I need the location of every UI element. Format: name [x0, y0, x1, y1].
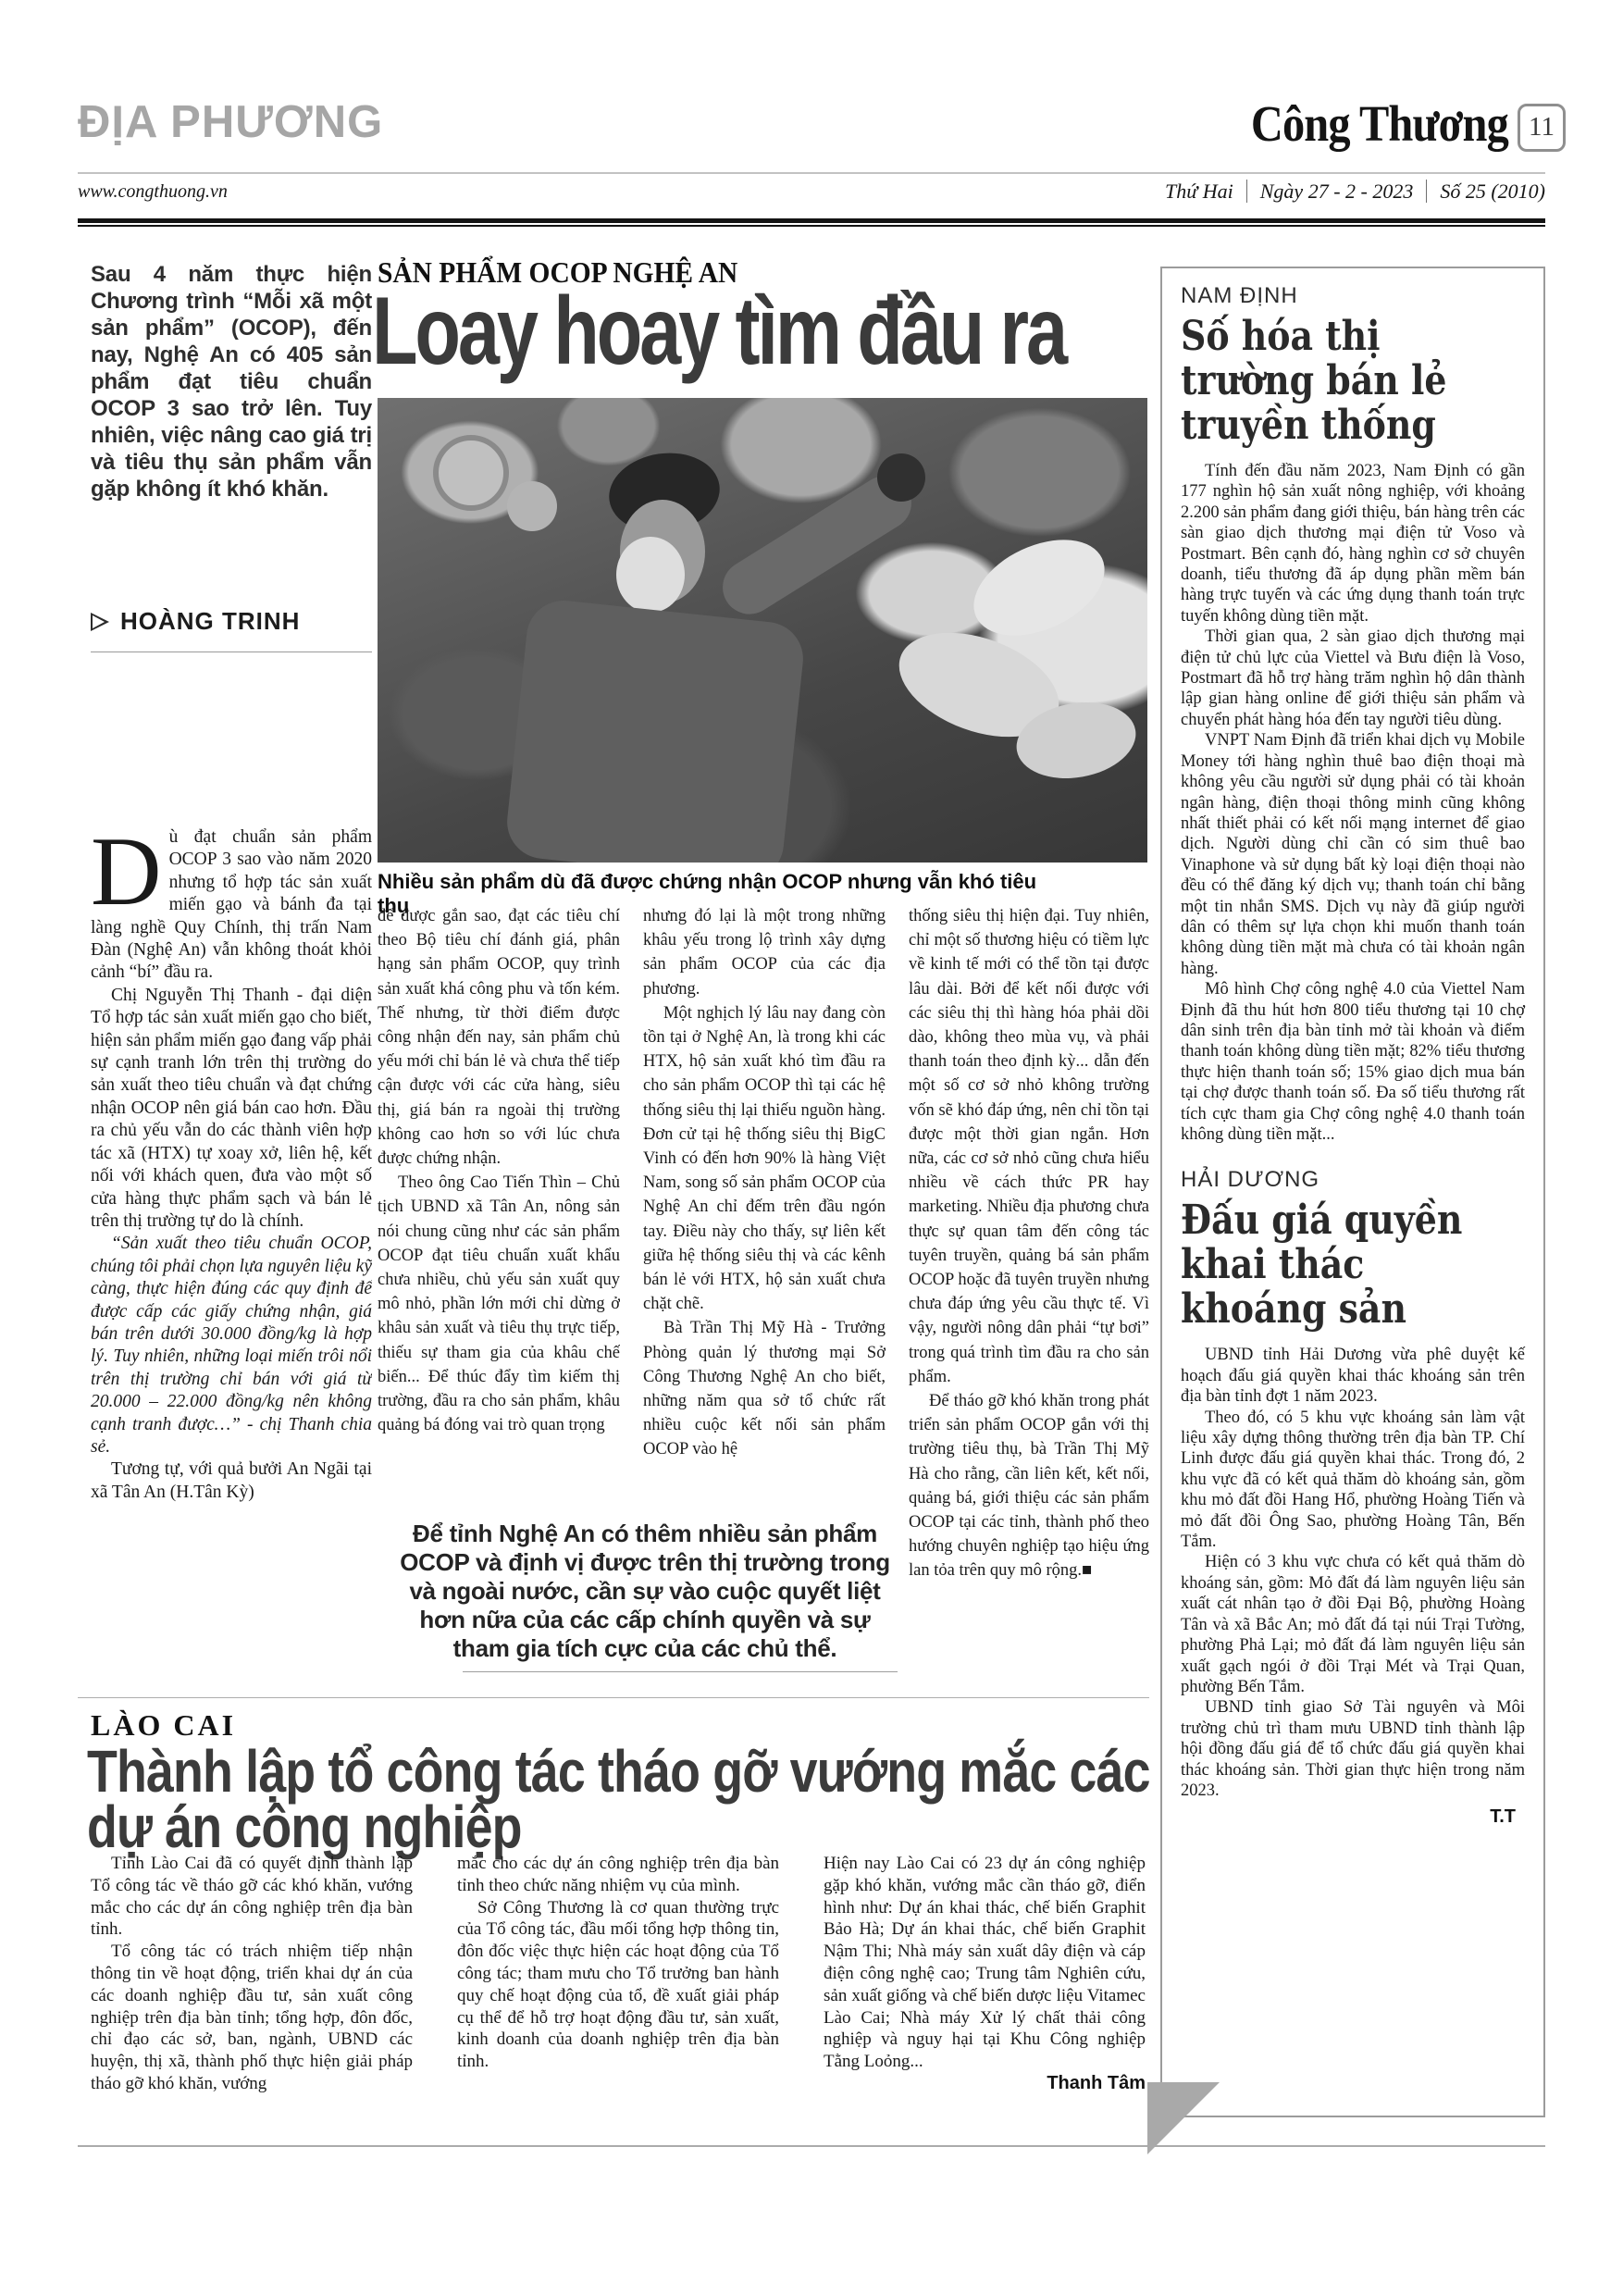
- paragraph: Để tháo gỡ khó khăn trong phát triển sản…: [909, 1389, 1149, 1583]
- paragraph: Thời gian qua, 2 sàn giao dịch thương mạ…: [1181, 627, 1525, 730]
- pull-quote-divider: [463, 1671, 898, 1672]
- namdinh-section-label: NAM ĐỊNH: [1181, 283, 1525, 309]
- paragraph: UBND tỉnh Hải Dương vừa phê duyệt kế hoạ…: [1181, 1345, 1525, 1407]
- article-column-1: Dù đạt chuẩn sản phẩm OCOP 3 sao vào năm…: [91, 826, 372, 1670]
- section-title: ĐỊA PHƯƠNG: [78, 96, 383, 148]
- article-column-4: thống siêu thị hiện đại. Tuy nhiên, chỉ …: [909, 904, 1149, 1609]
- paragraph: Theo đó, có 5 khu vực khoáng sản làm vật…: [1181, 1408, 1525, 1553]
- laocai-column-1: Tỉnh Lào Cai đã có quyết định thành lập …: [91, 1853, 413, 2121]
- haiduong-headline: Đấu giá quyền khai thác khoáng sản: [1181, 1198, 1477, 1332]
- fruit-decoration: [433, 435, 509, 511]
- laocai-column-3: Hiện nay Lào Cai có 23 dự án công nghiệp…: [824, 1853, 1146, 2121]
- byline-arrow-icon: [91, 613, 109, 631]
- paragraph: Tổ công tác có trách nhiệm tiếp nhận thô…: [91, 1941, 413, 2095]
- person-body: [503, 597, 807, 863]
- dateline-date: Ngày 27 - 2 - 2023: [1246, 180, 1414, 203]
- paragraph-quote: “Sản xuất theo tiêu chuẩn OCOP, chúng tô…: [91, 1233, 372, 1458]
- paragraph: Mô hình Chợ công nghệ 4.0 của Viettel Na…: [1181, 979, 1525, 1145]
- byline-divider: [91, 652, 372, 652]
- article-headline: Loay hoay tìm đầu ra: [372, 283, 1065, 379]
- paragraph: Theo ông Cao Tiến Thìn – Chủ tịch UBND x…: [378, 1171, 620, 1437]
- paragraph: Dù đạt chuẩn sản phẩm OCOP 3 sao vào năm…: [91, 826, 372, 985]
- section-divider: [78, 1697, 1149, 1698]
- article-column-3: nhưng đó lại là một trong những khâu yếu…: [643, 904, 886, 1511]
- sidebar-box: NAM ĐỊNH Số hóa thị trường bán lẻ truyền…: [1160, 267, 1545, 2117]
- haiduong-signature: T.T: [1181, 1806, 1525, 1828]
- website-url: www.congthuong.vn: [78, 181, 228, 203]
- masthead-logo: Công Thương: [1251, 94, 1508, 153]
- byline: HOÀNG TRINH: [91, 607, 300, 636]
- paragraph: Tỉnh Lào Cai đã có quyết định thành lập …: [91, 1853, 413, 1941]
- laocai-column-2: mắc cho các dự án công nghiệp trên địa b…: [457, 1853, 779, 2121]
- paragraph: VNPT Nam Định đã triển khai dịch vụ Mobi…: [1181, 730, 1525, 979]
- paragraph: UBND tỉnh giao Sở Tài nguyên và Môi trườ…: [1181, 1697, 1525, 1801]
- haiduong-section-label: HẢI DƯƠNG: [1181, 1167, 1525, 1193]
- paragraph: Chị Nguyễn Thị Thanh - đại diện Tổ hợp t…: [91, 985, 372, 1233]
- header-divider: [78, 172, 1545, 174]
- leaf-decoration: [959, 521, 1120, 655]
- paragraph: Hiện nay Lào Cai có 23 dự án công nghiệp…: [824, 1853, 1146, 2073]
- paragraph: Hiện có 3 khu vực chưa có kết quả thăm d…: [1181, 1552, 1525, 1697]
- haiduong-body: UBND tỉnh Hải Dương vừa phê duyệt kế hoạ…: [1181, 1345, 1525, 1801]
- masthead: Công Thương: [1194, 94, 1508, 153]
- laocai-headline: Thành lập tổ công tác tháo gỡ vướng mắc …: [87, 1744, 1159, 1855]
- newspaper-page: ĐỊA PHƯƠNG Công Thương 11 www.congthuong…: [0, 0, 1623, 2296]
- person-face-mask: [616, 537, 685, 613]
- laocai-signature: Thanh Tâm: [824, 2073, 1146, 2095]
- article-column-2: để được gắn sao, đạt các tiêu chí theo B…: [378, 904, 620, 1511]
- namdinh-body: Tính đến đầu năm 2023, Nam Định có gần 1…: [1181, 461, 1525, 1145]
- drop-cap: D: [91, 826, 169, 912]
- paragraph: thống siêu thị hiện đại. Tuy nhiên, chỉ …: [909, 904, 1149, 1389]
- dateline: Thứ HaiNgày 27 - 2 - 2023Số 25 (2010): [962, 180, 1545, 204]
- pull-quote: Để tỉnh Nghệ An có thêm nhiều sản phẩm O…: [392, 1520, 898, 1663]
- haiduong-headline-wrap: Đấu giá quyền khai thác khoáng sản: [1181, 1198, 1525, 1332]
- paragraph: Tính đến đầu năm 2023, Nam Định có gần 1…: [1181, 461, 1525, 627]
- article-photo: [378, 398, 1147, 863]
- paragraph: Một nghịch lý lâu nay đang còn tồn tại ở…: [643, 1001, 886, 1317]
- article-headline-wrap: Loay hoay tìm đầu ra: [372, 283, 1260, 379]
- page-number-badge: 11: [1518, 104, 1566, 152]
- dateline-issue: Số 25 (2010): [1426, 180, 1545, 203]
- paragraph: Bà Trần Thị Mỹ Hà - Trưởng Phòng quản lý…: [643, 1316, 886, 1461]
- paragraph: nhưng đó lại là một trong những khâu yếu…: [643, 904, 886, 1001]
- masthead-thick-rule: [78, 218, 1545, 227]
- dateline-weekday: Thứ Hai: [1165, 180, 1233, 203]
- corner-fold-decoration: [1147, 2082, 1220, 2154]
- namdinh-headline: Số hóa thị trường bán lẻ truyền thống: [1181, 315, 1477, 448]
- byline-name: HOÀNG TRINH: [120, 607, 300, 636]
- paragraph: để được gắn sao, đạt các tiêu chí theo B…: [378, 904, 620, 1171]
- person-hand: [877, 453, 925, 502]
- paragraph: Tương tự, với quả bưởi An Ngãi tại xã Tâ…: [91, 1458, 372, 1504]
- paragraph: mắc cho các dự án công nghiệp trên địa b…: [457, 1853, 779, 1897]
- page-bottom-rule: [78, 2145, 1545, 2147]
- namdinh-headline-wrap: Số hóa thị trường bán lẻ truyền thống: [1181, 315, 1525, 448]
- article-intro: Sau 4 năm thực hiện Chương trình “Mỗi xã…: [91, 261, 372, 503]
- paragraph: Sở Công Thương là cơ quan thường trực củ…: [457, 1897, 779, 2073]
- fruit-decoration: [507, 481, 557, 531]
